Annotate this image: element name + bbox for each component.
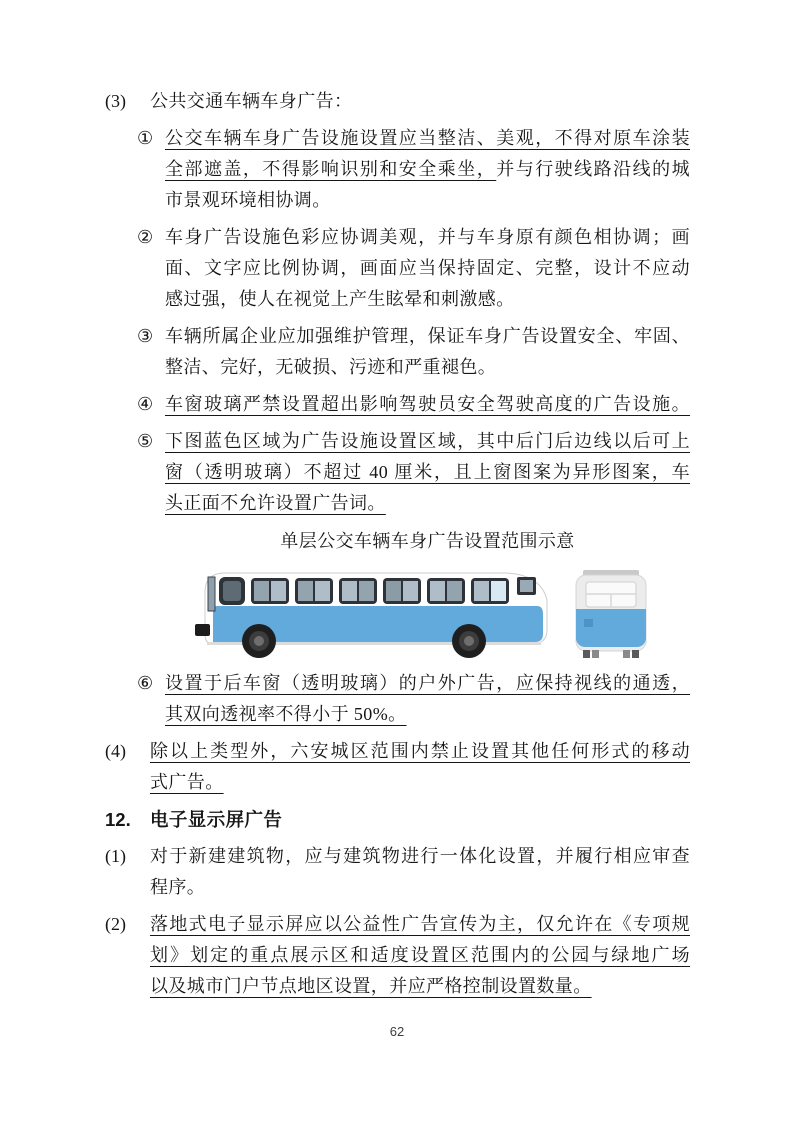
item-text: 落地式电子显示屏应以公益性广告宣传为主，仅允许在《专项规划》划定的重点展示区和适… xyxy=(150,909,690,1002)
item-marker: ⑤ xyxy=(137,426,165,457)
text-line: 市景观环境相协调。 xyxy=(165,185,690,216)
plain-text: 车身广告设施色彩应协调美观，并与车身原有颜色相协调；画 xyxy=(165,227,690,247)
bottom-item-⑥: ⑥设置于后车窗（透明玻璃）的户外广告，应保持视线的通透，其双向透视率不得小于 5… xyxy=(137,668,690,730)
plain-text: 市景观环境相协调。 xyxy=(165,190,331,210)
text-line: 面、文字应比例协调，画面应当保持固定、完整，设计不应动 xyxy=(165,253,690,284)
underlined-text: 落地式电子显示屏应以公益性广告宣传为主，仅允许在《专项规 xyxy=(150,914,690,934)
text-line: 程序。 xyxy=(150,872,690,903)
text-blocks-top: (3)公共交通车辆车身广告：①公交车辆车身广告设施设置应当整洁、美观，不得对原车… xyxy=(105,86,690,519)
bus-wheel-front xyxy=(242,624,276,658)
text-line: 设置于后车窗（透明玻璃）的户外广告，应保持视线的通透， xyxy=(165,668,690,699)
plain-text: 程序。 xyxy=(150,877,205,897)
item-marker: ⑥ xyxy=(137,668,165,699)
bus-rear-view-illustration xyxy=(571,569,651,659)
plain-text: 面、文字应比例协调，画面应当保持固定、完整，设计不应动 xyxy=(165,258,690,278)
underlined-text: 全部遮盖，不得影响识别和安全乘坐， xyxy=(165,159,496,179)
item-text: 车身广告设施色彩应协调美观，并与车身原有颜色相协调；画面、文字应比例协调，画面应… xyxy=(165,222,690,315)
item-marker: (1) xyxy=(105,841,150,872)
plain-text: 公共交通车辆车身广告： xyxy=(150,91,352,111)
item-marker: (2) xyxy=(105,909,150,940)
bus-side-view-illustration xyxy=(191,562,551,659)
item-marker: ④ xyxy=(137,389,165,420)
page-content: (3)公共交通车辆车身广告：①公交车辆车身广告设施设置应当整洁、美观，不得对原车… xyxy=(105,86,690,1008)
top-item-(3): (3)公共交通车辆车身广告： xyxy=(105,86,690,117)
item-text: 对于新建建筑物，应与建筑物进行一体化设置，并履行相应审查程序。 xyxy=(150,841,690,903)
text-line: 车辆所属企业应加强维护管理，保证车身广告设置安全、牢固、 xyxy=(165,321,690,352)
page-number: 62 xyxy=(0,1024,794,1039)
text-line: 车身广告设施色彩应协调美观，并与车身原有颜色相协调；画 xyxy=(165,222,690,253)
item-text: 公交车辆车身广告设施设置应当整洁、美观，不得对原车涂装全部遮盖，不得影响识别和安… xyxy=(165,123,690,216)
bus-wheel-rear xyxy=(452,624,486,658)
item-text: 公共交通车辆车身广告： xyxy=(150,86,690,117)
text-line: 其双向透视率不得小于 50%。 xyxy=(165,699,690,730)
plain-text: 电子显示屏广告 xyxy=(150,809,282,830)
bottom-item-12.: 12.电子显示屏广告 xyxy=(105,804,690,835)
text-line: 除以上类型外，六安城区范围内禁止设置其他任何形式的移动 xyxy=(150,736,690,767)
text-line: 车窗玻璃严禁设置超出影响驾驶员安全驾驶高度的广告设施。 xyxy=(165,389,690,420)
item-marker: (3) xyxy=(105,86,150,117)
item-marker: ③ xyxy=(137,321,165,352)
item-text: 电子显示屏广告 xyxy=(150,804,690,835)
item-text: 车辆所属企业应加强维护管理，保证车身广告设置安全、牢固、整洁、完好，无破损、污迹… xyxy=(165,321,690,383)
underlined-text: 式广告。 xyxy=(150,772,224,792)
item-text: 设置于后车窗（透明玻璃）的户外广告，应保持视线的通透，其双向透视率不得小于 50… xyxy=(165,668,690,730)
text-line: 头正面不允许设置广告词。 xyxy=(165,488,690,519)
text-line: 感过强，使人在视觉上产生眩晕和刺激感。 xyxy=(165,284,690,315)
plain-text: 感过强，使人在视觉上产生眩晕和刺激感。 xyxy=(165,289,515,309)
text-line: 式广告。 xyxy=(150,767,690,798)
top-item-⑤: ⑤下图蓝色区域为广告设施设置区域，其中后门后边线以后可上窗（透明玻璃）不超过 4… xyxy=(137,426,690,519)
text-line: 对于新建建筑物，应与建筑物进行一体化设置，并履行相应审查 xyxy=(150,841,690,872)
item-text: 下图蓝色区域为广告设施设置区域，其中后门后边线以后可上窗（透明玻璃）不超过 40… xyxy=(165,426,690,519)
top-item-④: ④车窗玻璃严禁设置超出影响驾驶员安全驾驶高度的广告设施。 xyxy=(137,389,690,420)
item-text: 除以上类型外，六安城区范围内禁止设置其他任何形式的移动式广告。 xyxy=(150,736,690,798)
plain-text: 对于新建建筑物，应与建筑物进行一体化设置，并履行相应审查 xyxy=(150,846,690,866)
document-page: (3)公共交通车辆车身广告：①公交车辆车身广告设施设置应当整洁、美观，不得对原车… xyxy=(0,0,794,1122)
bottom-item-(2): (2)落地式电子显示屏应以公益性广告宣传为主，仅允许在《专项规划》划定的重点展示… xyxy=(105,909,690,1002)
bus-illustrations xyxy=(191,562,690,659)
text-line: 电子显示屏广告 xyxy=(150,804,690,835)
underlined-text: 设置于后车窗（透明玻璃）的户外广告，应保持视线的通透， xyxy=(165,673,690,693)
underlined-text: 下图蓝色区域为广告设施设置区域，其中后门后边线以后可上 xyxy=(165,431,690,451)
text-line: 全部遮盖，不得影响识别和安全乘坐，并与行驶线路沿线的城 xyxy=(165,154,690,185)
top-item-①: ①公交车辆车身广告设施设置应当整洁、美观，不得对原车涂装全部遮盖，不得影响识别和… xyxy=(137,123,690,216)
top-item-③: ③车辆所属企业应加强维护管理，保证车身广告设置安全、牢固、整洁、完好，无破损、污… xyxy=(137,321,690,383)
top-item-②: ②车身广告设施色彩应协调美观，并与车身原有颜色相协调；画面、文字应比例协调，画面… xyxy=(137,222,690,315)
underlined-text: 窗（透明玻璃）不超过 40 厘米，且上窗图案为异形图案，车 xyxy=(165,462,690,482)
text-line: 以及城市门户节点地区设置，并应严格控制设置数量。 xyxy=(150,971,690,1002)
text-line: 公交车辆车身广告设施设置应当整洁、美观，不得对原车涂装 xyxy=(165,123,690,154)
underlined-text: 车窗玻璃严禁设置超出影响驾驶员安全驾驶高度的广告设施。 xyxy=(165,394,690,414)
bottom-item-(1): (1)对于新建建筑物，应与建筑物进行一体化设置，并履行相应审查程序。 xyxy=(105,841,690,903)
text-line: 公共交通车辆车身广告： xyxy=(150,86,690,117)
item-marker: 12. xyxy=(105,804,150,835)
text-line: 整洁、完好，无破损、污迹和严重褪色。 xyxy=(165,352,690,383)
plain-text: 并与行驶线路沿线的城 xyxy=(496,159,690,179)
text-line: 窗（透明玻璃）不超过 40 厘米，且上窗图案为异形图案，车 xyxy=(165,457,690,488)
text-line: 划》划定的重点展示区和适度设置区范围内的公园与绿地广场 xyxy=(150,940,690,971)
underlined-text: 其双向透视率不得小于 50%。 xyxy=(165,704,407,724)
underlined-text: 头正面不允许设置广告词。 xyxy=(165,493,386,513)
text-blocks-bottom: ⑥设置于后车窗（透明玻璃）的户外广告，应保持视线的通透，其双向透视率不得小于 5… xyxy=(105,668,690,1002)
item-text: 车窗玻璃严禁设置超出影响驾驶员安全驾驶高度的广告设施。 xyxy=(165,389,690,420)
bus-advert-range-figure: 单层公交车辆车身广告设置范围示意 xyxy=(105,526,690,659)
item-marker: (4) xyxy=(105,736,150,767)
underlined-text: 以及城市门户节点地区设置，并应严格控制设置数量。 xyxy=(150,976,592,996)
figure-caption: 单层公交车辆车身广告设置范围示意 xyxy=(165,526,690,557)
bottom-item-(4): (4)除以上类型外，六安城区范围内禁止设置其他任何形式的移动式广告。 xyxy=(105,736,690,798)
text-line: 下图蓝色区域为广告设施设置区域，其中后门后边线以后可上 xyxy=(165,426,690,457)
plain-text: 整洁、完好，无破损、污迹和严重褪色。 xyxy=(165,357,496,377)
plain-text: 车辆所属企业应加强维护管理，保证车身广告设置安全、牢固、 xyxy=(165,326,690,346)
underlined-text: 除以上类型外，六安城区范围内禁止设置其他任何形式的移动 xyxy=(150,741,690,761)
underlined-text: 公交车辆车身广告设施设置应当整洁、美观，不得对原车涂装 xyxy=(165,128,690,148)
text-line: 落地式电子显示屏应以公益性广告宣传为主，仅允许在《专项规 xyxy=(150,909,690,940)
underlined-text: 划》划定的重点展示区和适度设置区范围内的公园与绿地广场 xyxy=(150,945,690,965)
item-marker: ① xyxy=(137,123,165,154)
item-marker: ② xyxy=(137,222,165,253)
